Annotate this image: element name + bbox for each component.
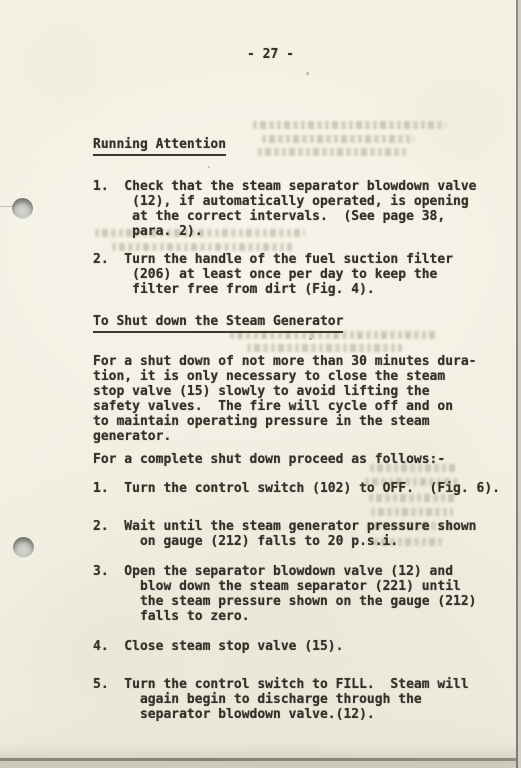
attention-item-1: 1. Check that the steam separator blowdo… <box>93 179 477 239</box>
attention-item-2: 2. Turn the handle of the fuel suction f… <box>93 252 453 297</box>
shutdown-step-4: 4. Close steam stop valve (15). <box>93 639 343 654</box>
punch-hole-top <box>12 198 33 219</box>
scanned-manual-page: - 27 - Running Attention 1. Check that t… <box>0 0 521 768</box>
scratch-mark <box>0 206 14 207</box>
shutdown-step-1: 1. Turn the control switch (102) to OFF.… <box>93 481 500 496</box>
bleedthrough-line <box>371 508 453 516</box>
heading-underlined-text: Running Attention <box>93 137 226 156</box>
bleedthrough-line <box>112 243 292 251</box>
shutdown-intro-paragraph: For a shut down of not more than 30 minu… <box>93 354 477 444</box>
shutdown-step-5: 5. Turn the control switch to FILL. Stea… <box>93 677 469 722</box>
paper-speck <box>306 72 309 75</box>
paper-speck <box>208 166 210 168</box>
complete-shutdown-lead-in: For a complete shut down proceed as foll… <box>93 452 445 467</box>
section-heading-running-attention: Running Attention <box>93 137 226 156</box>
section-heading-shut-down: To Shut down the Steam Generator <box>93 314 343 333</box>
bleedthrough-line <box>258 148 406 156</box>
paper-speck <box>309 338 312 340</box>
page-bottom-shadow <box>0 744 521 758</box>
shutdown-step-3: 3. Open the separator blowdown valve (12… <box>93 564 477 624</box>
scan-background-bottom <box>0 761 521 768</box>
page-number: - 27 - <box>247 47 294 62</box>
shutdown-step-2: 2. Wait until the steam generator pressu… <box>93 519 477 549</box>
punch-hole-bottom <box>13 537 34 558</box>
bleedthrough-line <box>262 135 414 143</box>
bleedthrough-line <box>253 121 446 129</box>
heading-underlined-text: To Shut down the Steam Generator <box>93 314 343 333</box>
bleedthrough-line <box>247 344 402 352</box>
